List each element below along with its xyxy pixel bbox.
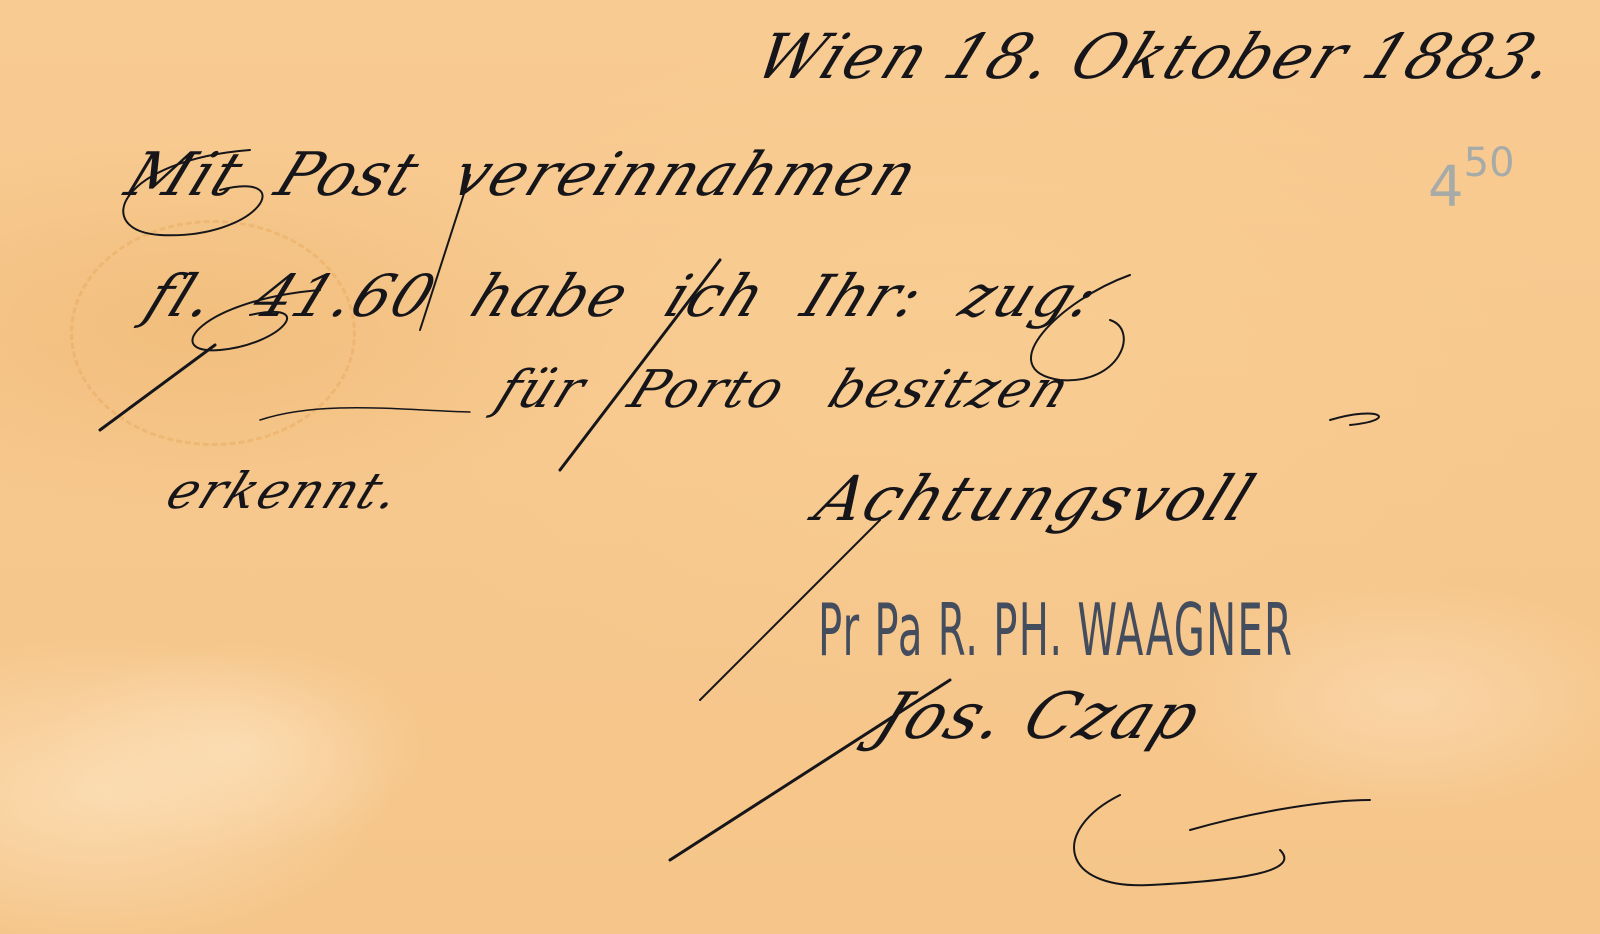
pencil-price-note: 450 bbox=[1428, 150, 1515, 220]
pencil-main: 4 bbox=[1428, 155, 1464, 220]
faded-postmark bbox=[70, 220, 356, 446]
place-date-line: Wien 18. Oktober 1883. bbox=[745, 20, 1569, 93]
signature: Jos. Czap bbox=[865, 680, 1212, 754]
pencil-superscript: 50 bbox=[1464, 140, 1515, 186]
letter-line-1: Mit Post vereinnahmen bbox=[116, 140, 930, 210]
company-stamp: Pr Pa R. PH. WAAGNER bbox=[818, 588, 1293, 672]
letter-line-4: erkennt. bbox=[158, 462, 411, 520]
letter-line-3: für Porto besitzen bbox=[488, 360, 1080, 420]
letter-line-2: fl. 41.60 habe ich Ihr: zug: bbox=[136, 262, 1110, 330]
stamp-prefix: Pr Pa bbox=[818, 588, 924, 672]
stamp-company-name: R. PH. WAAGNER bbox=[938, 588, 1293, 672]
closing-salutation: Achtungsvoll bbox=[805, 462, 1266, 535]
postcard: Wien 18. Oktober 1883. Mit Post vereinna… bbox=[0, 0, 1600, 934]
